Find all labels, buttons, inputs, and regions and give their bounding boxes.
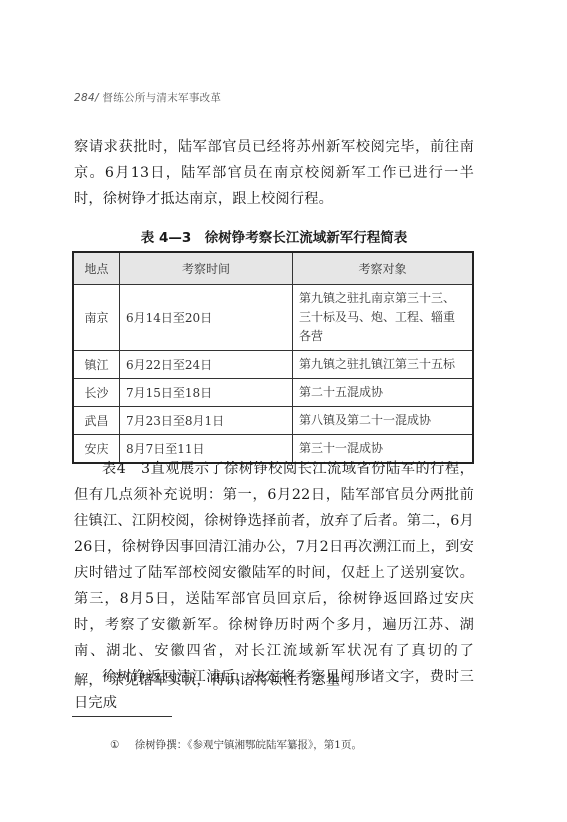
header-location: 地点	[73, 252, 120, 285]
header-time: 考察时间	[120, 252, 293, 285]
table-header-row: 地点 考察时间 考察对象	[73, 252, 473, 285]
cell-time: 7月23日至8月1日	[120, 407, 293, 435]
header-target: 考察对象	[293, 252, 474, 285]
footnote-text: 徐树铮撰：《参观宁镇湘鄂皖陆军纂报》，第1页。	[135, 739, 362, 751]
paragraph-2-text: 表4 3直观展示了徐树铮校阅长江流域省份陆军的行程，但有几点须补充说明：第一，6…	[74, 461, 474, 689]
cell-time: 6月14日至20日	[120, 285, 293, 351]
cell-target: 第二十五混成协	[293, 379, 474, 407]
table-row: 南京 6月14日至20日 第九镇之驻扎南京第三十三、三十标及马、炮、工程、辎重各…	[73, 285, 473, 351]
footnote-divider	[72, 716, 172, 717]
cell-time: 6月22日至24日	[120, 351, 293, 379]
book-title: 督练公所与清末军事改革	[102, 92, 221, 104]
paragraph-1: 察请求获批时，陆军部官员已经将苏州新军校阅完毕，前往南京。6月13日，陆军部官员…	[74, 134, 474, 212]
cell-location: 长沙	[73, 379, 120, 407]
paragraph-3: 徐树铮返回清江浦后，决定将考察见闻形诸文字，费时三日完成	[74, 664, 474, 716]
cell-location: 武昌	[73, 407, 120, 435]
itinerary-table: 地点 考察时间 考察对象 南京 6月14日至20日 第九镇之驻扎南京第三十三、三…	[72, 251, 474, 464]
table-row: 武昌 7月23日至8月1日 第八镇及第二十一混成协	[73, 407, 473, 435]
cell-location: 镇江	[73, 351, 120, 379]
paragraph-1-text: 察请求获批时，陆军部官员已经将苏州新军校阅完毕，前往南京。6月13日，陆军部官员…	[74, 134, 474, 212]
cell-target: 第八镇及第二十一混成协	[293, 407, 474, 435]
table-row: 镇江 6月22日至24日 第九镇之驻扎镇江第三十五标	[73, 351, 473, 379]
page-number: 284/	[74, 92, 99, 104]
paragraph-3-text: 徐树铮返回清江浦后，决定将考察见闻形诸文字，费时三日完成	[74, 664, 474, 716]
running-header: 284/ 督练公所与清末军事改革	[74, 90, 221, 105]
table-row: 长沙 7月15日至18日 第二十五混成协	[73, 379, 473, 407]
cell-location: 南京	[73, 285, 120, 351]
table-title: 表 4—3 徐树铮考察长江流域新军行程简表	[74, 226, 474, 246]
footnote-mark: ①	[110, 739, 119, 751]
cell-target: 第九镇之驻扎南京第三十三、三十标及马、炮、工程、辎重各营	[293, 285, 474, 351]
cell-target: 第九镇之驻扎镇江第三十五标	[293, 351, 474, 379]
footnote: ① 徐树铮撰：《参观宁镇湘鄂皖陆军纂报》，第1页。	[110, 737, 362, 752]
paragraph-2: 表4 3直观展示了徐树铮校阅长江流域省份陆军的行程，但有几点须补充说明：第一，6…	[74, 456, 474, 694]
cell-time: 7月15日至18日	[120, 379, 293, 407]
